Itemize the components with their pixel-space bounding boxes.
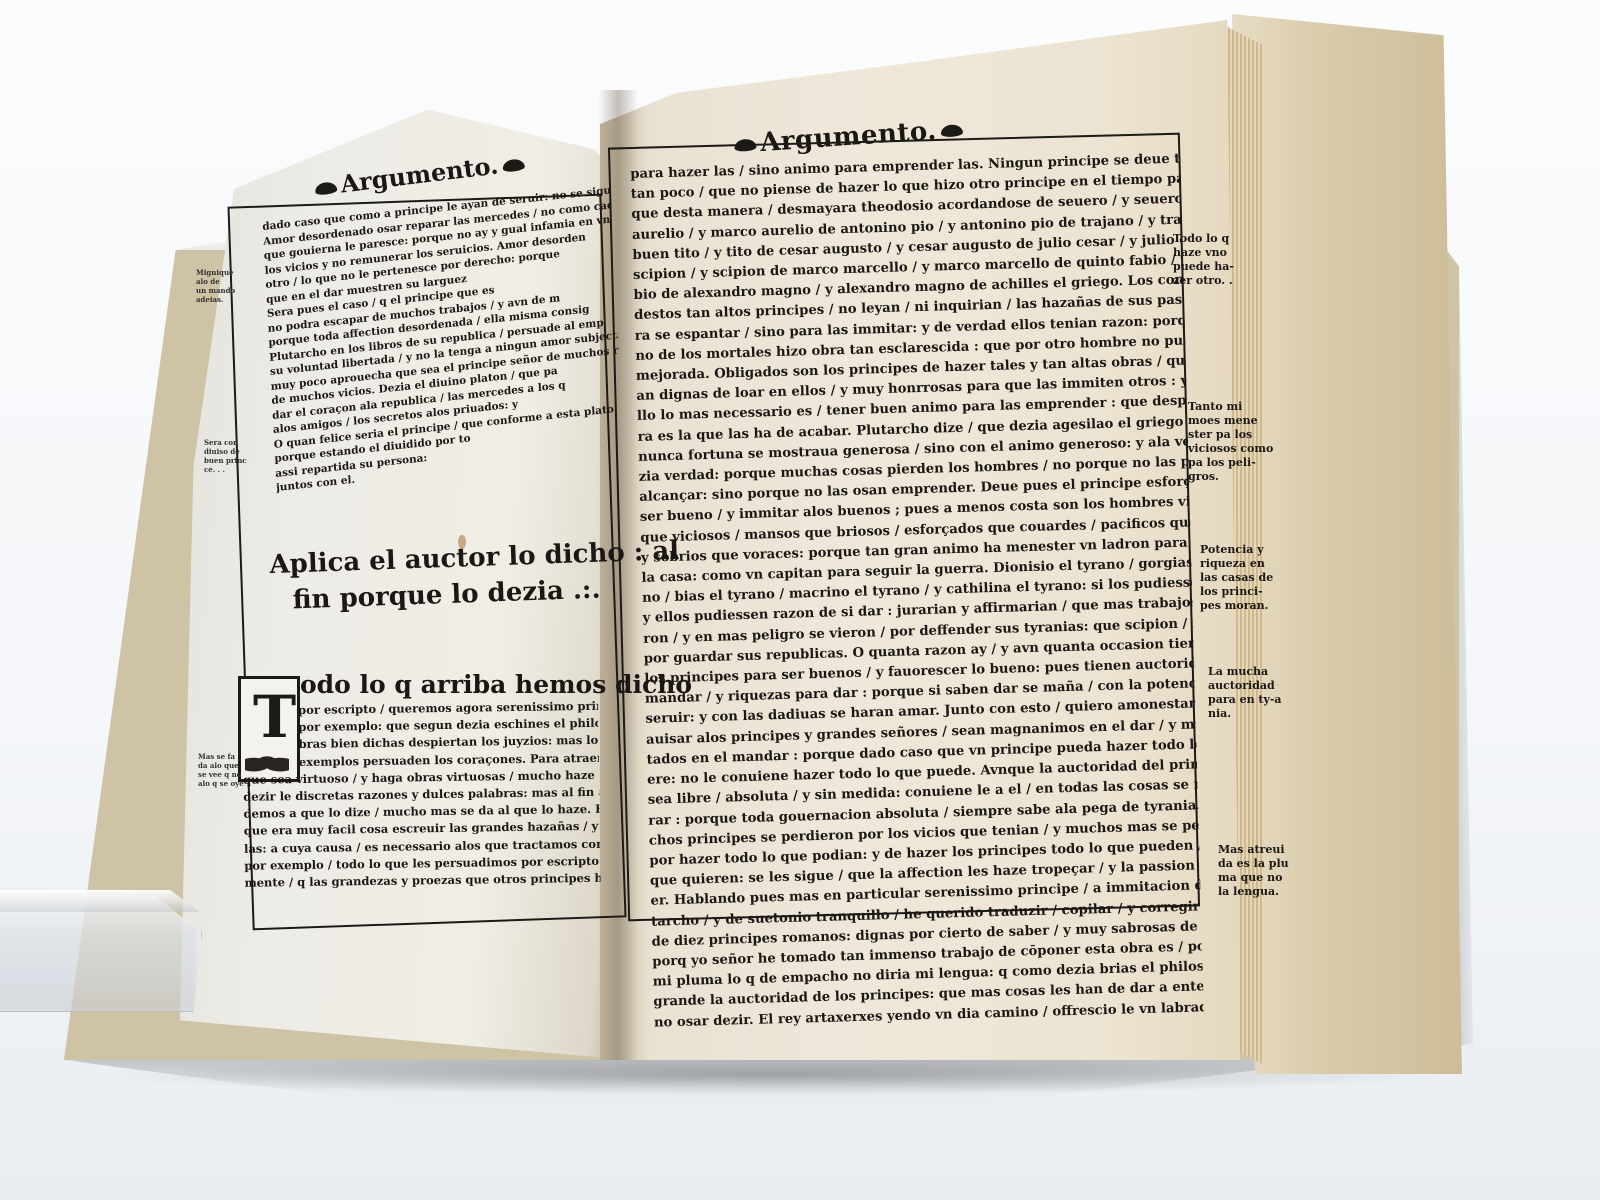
margin-line: pa los peli- (1188, 456, 1273, 470)
margin-line: moes mene (1188, 414, 1273, 428)
margin-line: gros. (1188, 470, 1273, 484)
margin-line: ster pa los (1188, 428, 1273, 442)
left-body-text-2: por escripto / queremos agora serenissim… (298, 698, 601, 891)
right-margin-note-3: Potencia y riqueza en las casas de los p… (1200, 543, 1273, 613)
left-margin-note-mid: Sera con diuiso de buen princ ce. . . (204, 438, 247, 474)
right-body-text: para hazer las / sino animo para emprend… (630, 150, 1204, 1034)
margin-line: diuiso de (204, 447, 247, 456)
margin-line: riqueza en (1200, 557, 1273, 571)
margin-line: Tanto mi (1188, 400, 1273, 414)
right-margin-note-1: Todo lo q haze vno puede ha- zer otro. . (1173, 232, 1234, 288)
left-body-text: dado caso que como a principe le ayan de… (262, 183, 625, 495)
left-margin-note-bottom: Mas se fa da alo que se vee q no alo q s… (198, 752, 244, 788)
margin-line: ce. . . (204, 465, 247, 474)
margin-line: La mucha (1208, 665, 1282, 679)
margin-line: alo q se oye (198, 779, 244, 788)
margin-line: haze vno (1173, 246, 1234, 260)
margin-line: se vee q no (198, 770, 244, 779)
leaf-ornament-icon (502, 158, 525, 173)
photo-scene: Argumento. Mignique alo de un mando adei… (0, 0, 1600, 1200)
margin-line: nia. (1208, 707, 1282, 721)
margin-line: da alo que (198, 761, 244, 770)
margin-line: buen princ (204, 456, 247, 465)
margin-line: las casas de (1200, 571, 1273, 585)
margin-line: Sera con (204, 438, 247, 447)
acrylic-bookend-edge (0, 890, 200, 912)
margin-line: zer otro. . (1173, 274, 1234, 288)
margin-line: Mas se fa (198, 752, 244, 761)
margin-line: ma que no (1218, 871, 1289, 885)
margin-line: auctoridad (1208, 679, 1282, 693)
margin-line: los princi- (1200, 585, 1273, 599)
right-margin-note-2: Tanto mi moes mene ster pa los viciosos … (1188, 400, 1273, 484)
margin-line: puede ha- (1173, 260, 1234, 274)
margin-line: adeias. (196, 295, 235, 304)
margin-line: da es la plu (1218, 857, 1289, 871)
margin-line: pes moran. (1200, 599, 1273, 613)
margin-line: Todo lo q (1173, 232, 1234, 246)
leaf-ornament-icon (314, 181, 337, 196)
margin-line: Potencia y (1200, 543, 1273, 557)
margin-line: para en ty-a (1208, 693, 1282, 707)
margin-line: Mas atreui (1218, 843, 1289, 857)
woodcut-drop-cap: T (238, 676, 300, 782)
margin-line: la lengua. (1218, 885, 1289, 899)
margin-line: viciosos como (1188, 442, 1273, 456)
margin-line: un mando (196, 286, 235, 295)
table-shadow (90, 1055, 1450, 1095)
margin-line: Mignique (196, 268, 235, 277)
leaf-ornament-icon (940, 124, 963, 138)
right-margin-note-4: La mucha auctoridad para en ty-a nia. (1208, 665, 1282, 721)
drop-cap-letter: T (253, 683, 296, 751)
left-margin-note-top: Mignique alo de un mando adeias. (196, 268, 235, 304)
margin-line: alo de (196, 277, 235, 286)
right-margin-note-5: Mas atreui da es la plu ma que no la len… (1218, 843, 1289, 899)
